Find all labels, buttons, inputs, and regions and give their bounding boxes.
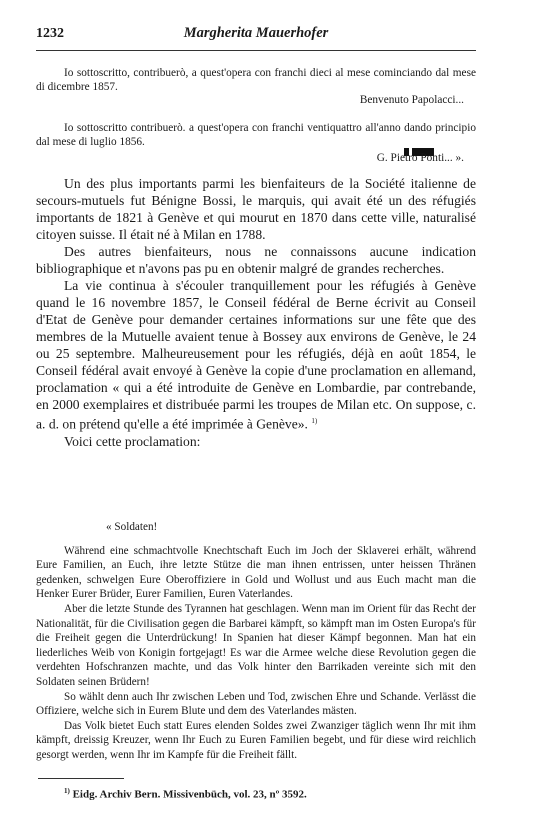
paragraph-with-footnote: La vie continua à s'écouler tranquilleme… <box>36 277 476 433</box>
proclamation-paragraph: Während eine schmachtvolle Knechtschaft … <box>36 544 476 602</box>
running-header: 1232 Margherita Mauerhofer <box>36 20 476 50</box>
paragraph: Un des plus importants parmi les bienfai… <box>36 175 476 243</box>
letter-text: Io sottoscritto, contribuerò, a quest'op… <box>36 67 476 94</box>
letter-ponti: Io sottoscritto contribuerò. a quest'ope… <box>36 122 476 166</box>
paragraph-text: La vie continua à s'écouler tranquilleme… <box>36 278 476 432</box>
main-text: Un des plus importants parmi les bienfai… <box>36 175 476 450</box>
letter-papolacci: Io sottoscritto, contribuerò, a quest'op… <box>36 67 476 108</box>
paragraph: Voici cette proclamation: <box>36 433 476 450</box>
paragraph: Des autres bienfaiteurs, nous ne connais… <box>36 243 476 277</box>
document-page: 1232 Margherita Mauerhofer Io sottoscrit… <box>0 0 550 827</box>
letter-signature: G. Pietro Ponti... ». <box>377 152 464 164</box>
letter-text: Io sottoscritto contribuerò. a quest'ope… <box>36 122 476 149</box>
footnote: 1) Eidg. Archiv Bern. Missivenbüch, vol.… <box>64 787 307 801</box>
footnote-marker: 1) <box>64 787 70 795</box>
footnote-rule <box>38 778 124 779</box>
proclamation-paragraph: So wählt denn auch Ihr zwischen Leben un… <box>36 690 476 719</box>
proclamation-paragraph: Das Volk bietet Euch statt Eures elenden… <box>36 719 476 763</box>
proclamation-paragraph: Aber die letzte Stunde des Tyrannen hat … <box>36 602 476 690</box>
footnote-reference[interactable]: 1) <box>311 417 317 425</box>
footnote-text: Eidg. Archiv Bern. Missivenbüch, vol. 23… <box>73 789 307 801</box>
running-title: Margherita Mauerhofer <box>36 25 476 42</box>
letter-signature: Benvenuto Papolacci... <box>36 94 476 108</box>
header-rule <box>36 50 476 51</box>
proclamation: « Soldaten! Während eine schmachtvolle K… <box>36 520 476 763</box>
proclamation-salutation: « Soldaten! <box>36 520 476 535</box>
